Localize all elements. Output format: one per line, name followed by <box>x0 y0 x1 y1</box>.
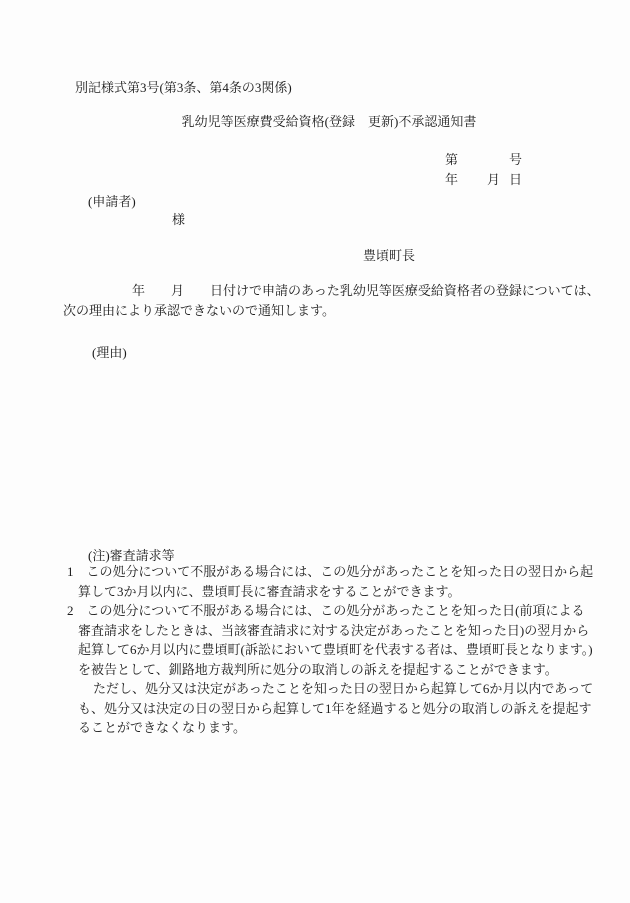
issuer-name: 豊頃町長 <box>363 246 415 266</box>
doc-number-suffix: 号 <box>509 150 522 170</box>
form-number: 別記様式第3号(第3条、第4条の3関係) <box>75 78 292 98</box>
note-line: 起算して6か月以内に豊頃町(訴訟において豊頃町を代表する者は、豊頃町長となります… <box>63 640 578 660</box>
doc-number-line: 第 号 <box>445 150 522 170</box>
notes-block: 1 この処分について不服がある場合には、この処分があったことを知った日の翌日から… <box>63 562 578 738</box>
note-line: 1 この処分について不服がある場合には、この処分があったことを知った日の翌日から… <box>63 562 578 582</box>
date-year-label: 年 <box>445 170 458 190</box>
note-line: ただし、処分又は決定があったことを知った日の翌日から起算して6か月以内であって <box>63 679 578 699</box>
applicant-honorific: 様 <box>172 210 185 230</box>
note-line: 2 この処分について不服がある場合には、この処分があったことを知った日(前項によ… <box>63 601 578 621</box>
note-line: ることができなくなります。 <box>63 718 578 738</box>
note-line: 算して3か月以内に、豊頃町長に審査請求をすることができます。 <box>63 582 578 602</box>
reason-label: (理由) <box>92 343 127 363</box>
document-page: 別記様式第3号(第3条、第4条の3関係) 乳幼児等医療費受給資格(登録 更新)不… <box>0 0 630 903</box>
note-line: 審査請求をしたときは、当該審査請求に対する決定があったことを知った日)の翌月から <box>63 621 578 641</box>
note-line: も、処分又は決定の日の翌日から起算して1年を経過すると処分の取消しの訴えを提起す <box>63 699 578 719</box>
note-line: を被告として、釧路地方裁判所に処分の取消しの訴えを提起することができます。 <box>63 660 578 680</box>
applicant-label: (申請者) <box>88 192 136 212</box>
date-month-label: 月 <box>487 170 500 190</box>
date-line: 年 月 日 <box>445 170 522 190</box>
body-paragraph: 年 月 日付けで申請のあった乳幼児等医療受給資格者の登録については、 次の理由に… <box>63 281 575 321</box>
doc-number-prefix: 第 <box>445 150 458 170</box>
page-title: 乳幼児等医療費受給資格(登録 更新)不承認通知書 <box>0 112 630 132</box>
date-day-label: 日 <box>509 170 522 190</box>
body-line-2: 次の理由により承認できないので通知します。 <box>63 301 575 321</box>
number-date-block: 第 号 年 月 日 <box>445 150 522 190</box>
body-line-1: 年 月 日付けで申請のあった乳幼児等医療受給資格者の登録については、 <box>63 281 575 301</box>
